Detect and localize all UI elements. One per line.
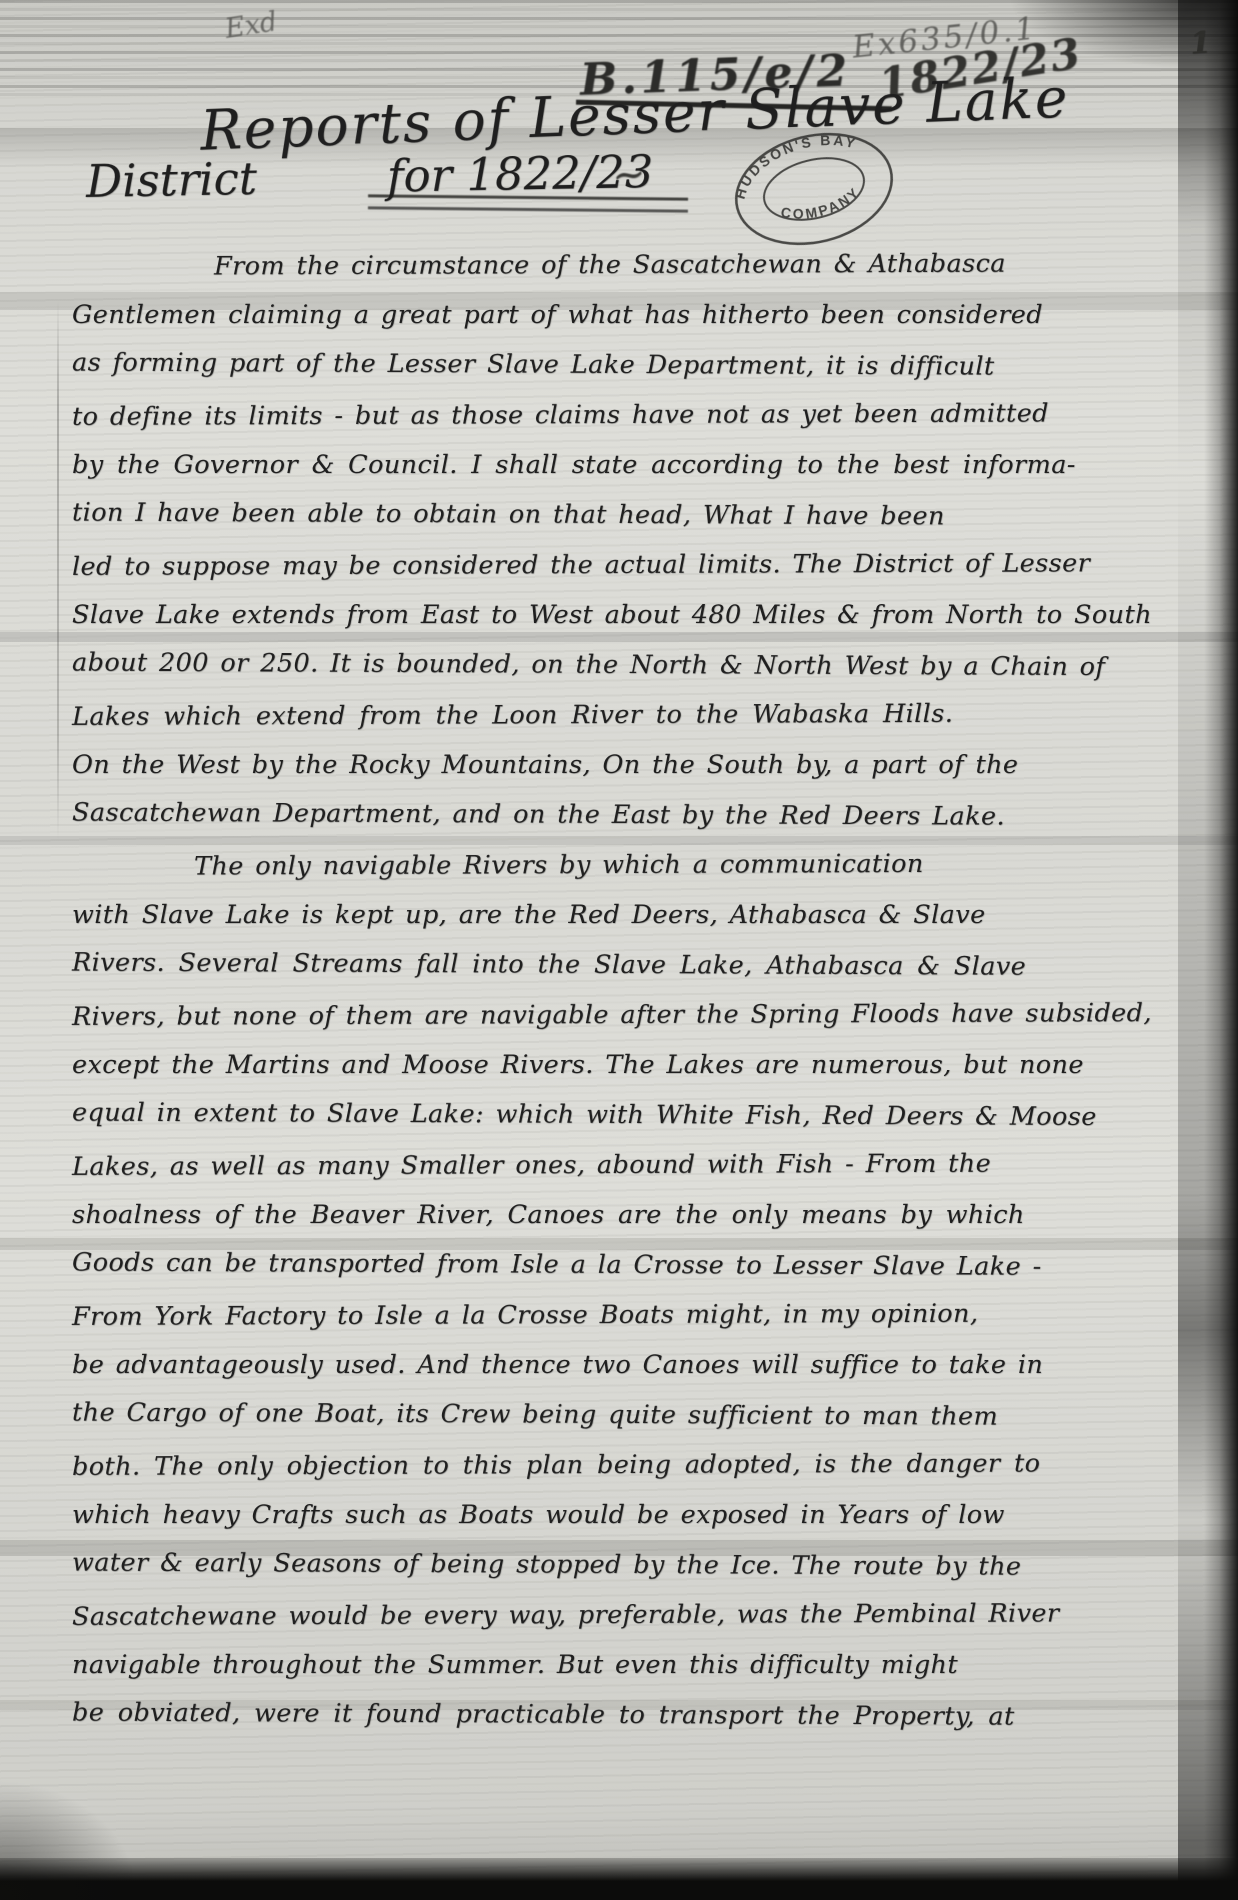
scan-corner-shadow — [0, 1780, 140, 1900]
manuscript-body: From the circumstance of the Sascatchewa… — [72, 240, 1182, 1740]
manuscript-line: by the Governor & Council. I shall state… — [72, 440, 1182, 490]
manuscript-line: Lakes, as well as many Smaller ones, abo… — [72, 1138, 1182, 1192]
book-gutter-shadow-variation — [1178, 0, 1238, 1900]
manuscript-line: shoalness of the Beaver River, Canoes ar… — [72, 1190, 1182, 1240]
manuscript-line: equal in extent to Slave Lake: which wit… — [72, 1088, 1182, 1143]
manuscript-line: be advantageously used. And thence two C… — [72, 1340, 1182, 1390]
manuscript-line: about 200 or 250. It is bounded, on the … — [72, 638, 1182, 693]
manuscript-line: as forming part of the Lesser Slave Lake… — [72, 338, 1182, 393]
manuscript-line: From the circumstance of the Sascatchewa… — [72, 238, 1182, 292]
book-gutter-shadow — [1204, 0, 1238, 1900]
manuscript-line: both. The only objection to this plan be… — [72, 1438, 1182, 1492]
manuscript-line: the Cargo of one Boat, its Crew being qu… — [72, 1388, 1182, 1443]
manuscript-line: Sascatchewan Department, and on the East… — [72, 788, 1182, 843]
manuscript-line: Lakes which extend from the Loon River t… — [72, 688, 1182, 742]
manuscript-line: with Slave Lake is kept up, are the Red … — [72, 890, 1182, 940]
manuscript-line: Rivers. Several Streams fall into the Sl… — [72, 938, 1182, 993]
manuscript-line: except the Martins and Moose Rivers. The… — [72, 1040, 1182, 1090]
manuscript-line: Gentlemen claiming a great part of what … — [72, 290, 1182, 340]
examined-annotation: Exd — [223, 6, 279, 45]
manuscript-line: Sascatchewane would be every way, prefer… — [72, 1588, 1182, 1642]
manuscript-line: Goods can be transported from Isle a la … — [72, 1238, 1182, 1293]
svg-text:COMPANY: COMPANY — [775, 181, 866, 228]
stamp-bottom-text: COMPANY — [775, 181, 866, 228]
manuscript-line: The only navigable Rivers by which a com… — [72, 838, 1182, 892]
manuscript-line: be obviated, were it found practicable t… — [72, 1688, 1182, 1743]
manuscript-line: led to suppose may be considered the act… — [72, 538, 1182, 592]
scan-bottom-edge — [0, 1858, 1238, 1900]
paper-fold-line — [57, 300, 59, 840]
page-number: 1 — [1189, 25, 1212, 61]
manuscript-line: which heavy Crafts such as Boats would b… — [72, 1490, 1182, 1540]
manuscript-line: On the West by the Rocky Mountains, On t… — [72, 740, 1182, 790]
manuscript-line: water & early Seasons of being stopped b… — [72, 1538, 1182, 1593]
title-district-word: District — [86, 152, 258, 208]
manuscript-line: From York Factory to Isle a la Crosse Bo… — [72, 1288, 1182, 1342]
manuscript-page: Exd Ex635/0.1 B.115/e/2 1822/23 1 Report… — [0, 0, 1238, 1900]
manuscript-line: tion I have been able to obtain on that … — [72, 488, 1182, 543]
manuscript-line: Slave Lake extends from East to West abo… — [72, 590, 1182, 640]
title-squiggle: ~ — [610, 150, 648, 199]
manuscript-line: to define its limits - but as those clai… — [72, 388, 1182, 442]
manuscript-line: Rivers, but none of them are navigable a… — [72, 988, 1182, 1042]
title-underline-flourish — [368, 194, 688, 212]
manuscript-line: navigable throughout the Summer. But eve… — [72, 1640, 1182, 1690]
